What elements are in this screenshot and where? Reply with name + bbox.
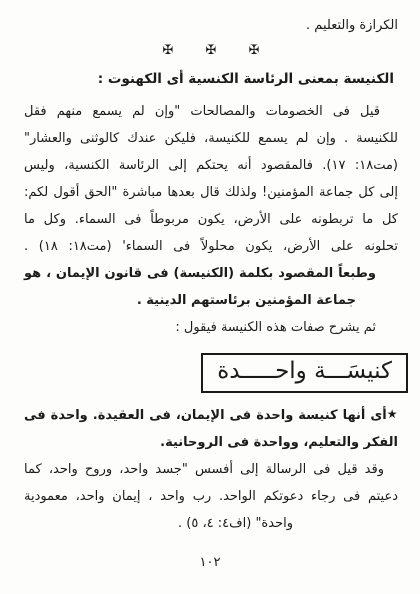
text-line: إلى كل جماعة المؤمنين! ولذلك قال بعدها م… [24, 179, 398, 206]
text-line: تحلونه على الأرض، يكون محلولاً فى السماء… [24, 233, 398, 260]
paragraph-disputes: قيل فى الخصومات والمصالحات "وإن لم يسمع … [24, 98, 398, 260]
paragraph-church-meaning: وطبعاً المقصود بكلمة (الكنيسة) فى قانون … [24, 260, 398, 314]
text-line: وطبعاً المقصود بكلمة (الكنيسة) فى قانون … [24, 260, 398, 287]
text-line: جماعة المؤمنين برئاستهم الدينية . [24, 287, 398, 314]
text-line: للكنيسة . وإن لم يسمع للكنيسة، فليكن عند… [24, 125, 398, 152]
text-line: قيل فى الخصومات والمصالحات "وإن لم يسمع … [24, 98, 398, 125]
text-line: كل ما تربطونه على الأرض، يكون مربوطاً فى… [24, 206, 398, 233]
cross-divider: ✠ ✠ ✠ [24, 42, 398, 60]
book-page: الكرازة والتعليم . ✠ ✠ ✠ الكنيسة بمعنى ا… [0, 0, 420, 594]
maltese-cross-icon: ✠ [163, 43, 174, 58]
text-line: الفكر والتعليم، وواحدة فى الروحانية. [24, 429, 398, 456]
one-church-title: كنيسَـــة واحـــــدة [201, 353, 408, 393]
text-line-content: أى أنها كنيسة واحدة فى الإيمان، فى العقي… [24, 408, 387, 423]
star-bullet-icon: ★ [387, 407, 398, 421]
page-number: ١٠٢ [200, 555, 221, 570]
text-line: واحدة" (اف٤: ٤، ٥) . [24, 510, 398, 537]
section-heading-priesthood: الكنيسة بمعنى الرئاسة الكنسية أى الكهنوت… [24, 66, 398, 92]
continuation-line: الكرازة والتعليم . [30, 14, 398, 38]
text-line: دعيتم فى رجاء دعوتكم الواحد. رب واحد ، إ… [24, 483, 398, 510]
text-line: (مت١٨: ١٧). فالمقصود أنه يحتكم إلى الرئا… [24, 152, 398, 179]
text-line: ★أى أنها كنيسة واحدة فى الإيمان، فى العق… [24, 401, 398, 429]
maltese-cross-icon: ✠ [249, 43, 260, 58]
one-church-title-box: كنيسَـــة واحـــــدة [24, 353, 408, 393]
paragraph-one-church: ★أى أنها كنيسة واحدة فى الإيمان، فى العق… [24, 401, 398, 456]
text-line: وقد قيل فى الرسالة إلى أفسس "جسد واحد، و… [24, 456, 398, 483]
lead-in-line: ثم يشرح صفات هذه الكنيسة فيقول : [24, 314, 398, 341]
paragraph-ephesians: وقد قيل فى الرسالة إلى أفسس "جسد واحد، و… [24, 456, 398, 537]
maltese-cross-icon: ✠ [206, 43, 217, 58]
